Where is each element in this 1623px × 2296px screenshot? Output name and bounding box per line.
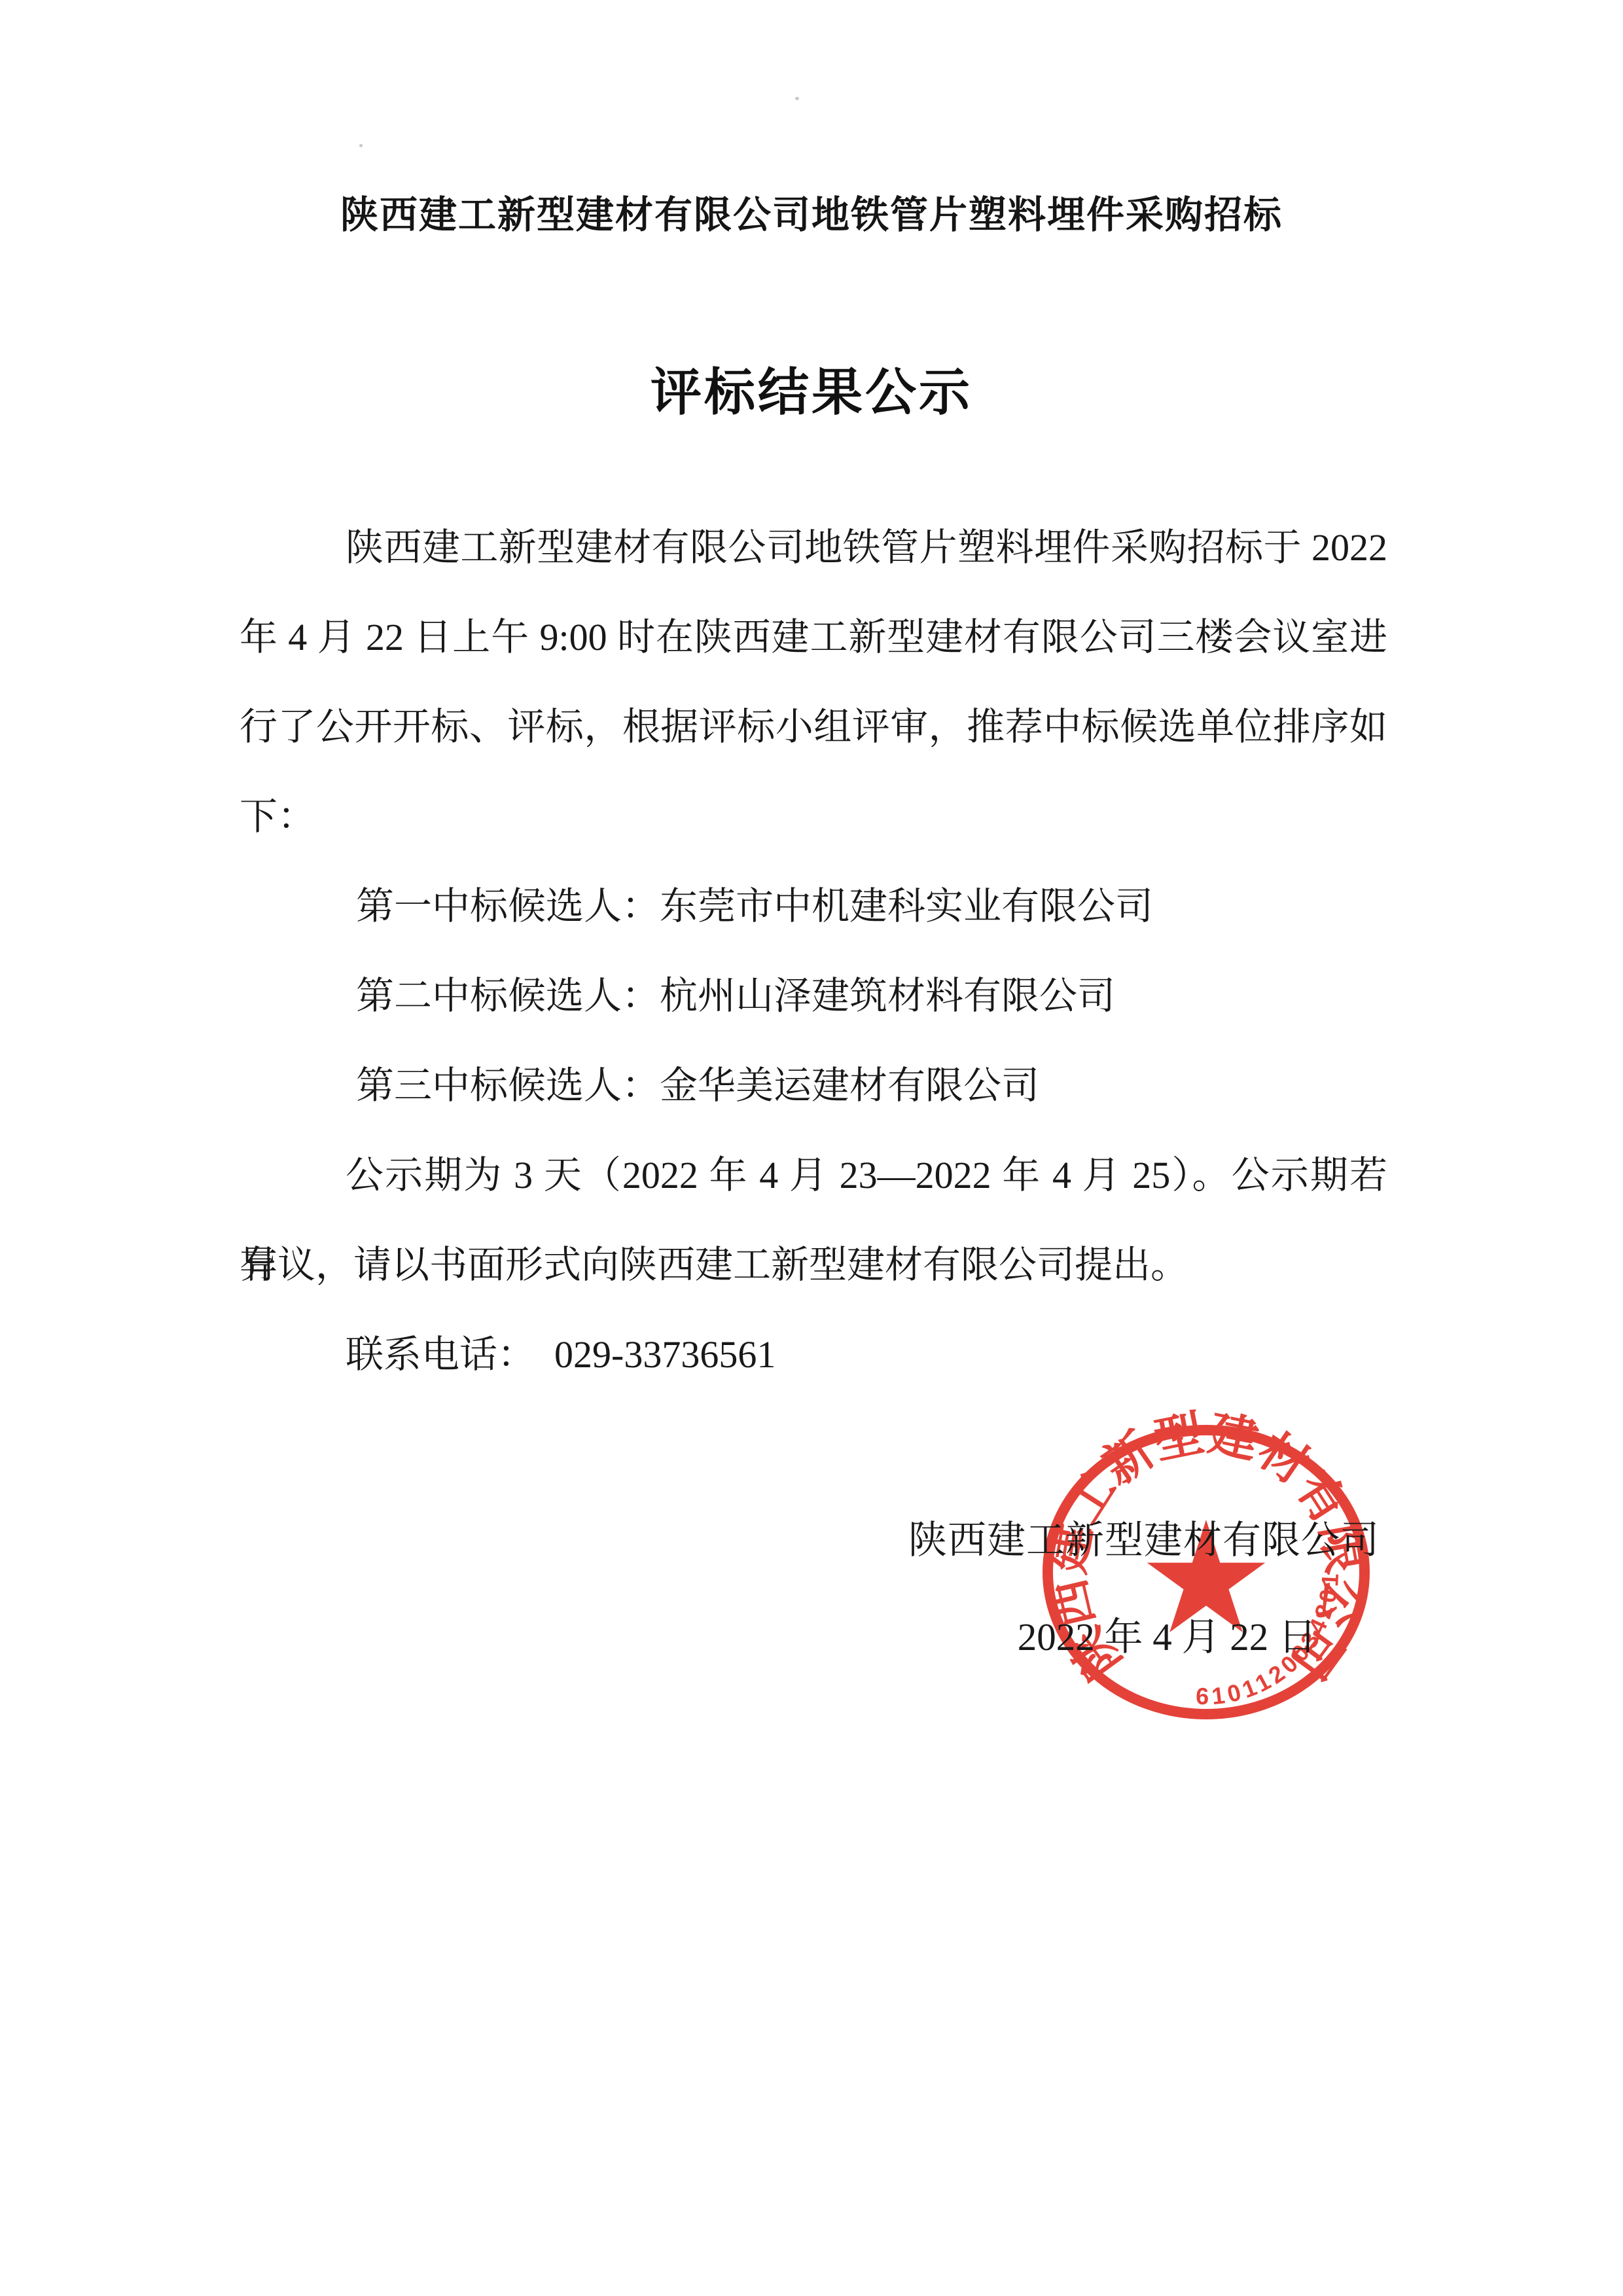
- body-line: 年 4 月 22 日上午 9:00 时在陕西建工新型建材有限公司三楼会议室进: [240, 592, 1387, 682]
- candidate-line-2: 第二中标候选人：杭州山泽建筑材料有限公司: [240, 951, 1387, 1041]
- contact-phone-line: 联系电话： 029-33736561: [240, 1310, 1387, 1399]
- document-title: 陕西建工新型建材有限公司地铁管片塑料埋件采购招标: [0, 194, 1623, 237]
- signature-company: 陕西建工新型建材有限公司: [908, 1517, 1380, 1563]
- body-line: 陕西建工新型建材有限公司地铁管片塑料埋件采购招标于 2022: [240, 503, 1387, 592]
- document-body: 陕西建工新型建材有限公司地铁管片塑料埋件采购招标于 2022 年 4 月 22 …: [240, 503, 1387, 1399]
- body-line: 异议，请以书面形式向陕西建工新型建材有限公司提出。: [240, 1220, 1387, 1310]
- notice-heading: 评标结果公示: [0, 364, 1623, 420]
- signature-block: 陕西建工新型建材有限公司 2022 年 4 月 22 日: [908, 1517, 1380, 1660]
- candidate-line-1: 第一中标候选人：东莞市中机建科实业有限公司: [240, 861, 1387, 951]
- scan-artifact: [359, 144, 363, 147]
- signature-date: 2022 年 4 月 22 日: [908, 1614, 1317, 1660]
- body-line: 行了公开开标、评标，根据评标小组评审，推荐中标候选单位排序如: [240, 682, 1387, 772]
- document-page: 陕西建工新型建材有限公司地铁管片塑料埋件采购招标 评标结果公示 陕西建工新型建材…: [0, 0, 1623, 2296]
- body-line: 下：: [240, 772, 1387, 861]
- candidate-line-3: 第三中标候选人：金华美运建材有限公司: [240, 1041, 1387, 1130]
- scan-artifact: [795, 97, 799, 100]
- body-line: 公示期为 3 天（2022 年 4 月 23—2022 年 4 月 25）。公示…: [240, 1130, 1387, 1220]
